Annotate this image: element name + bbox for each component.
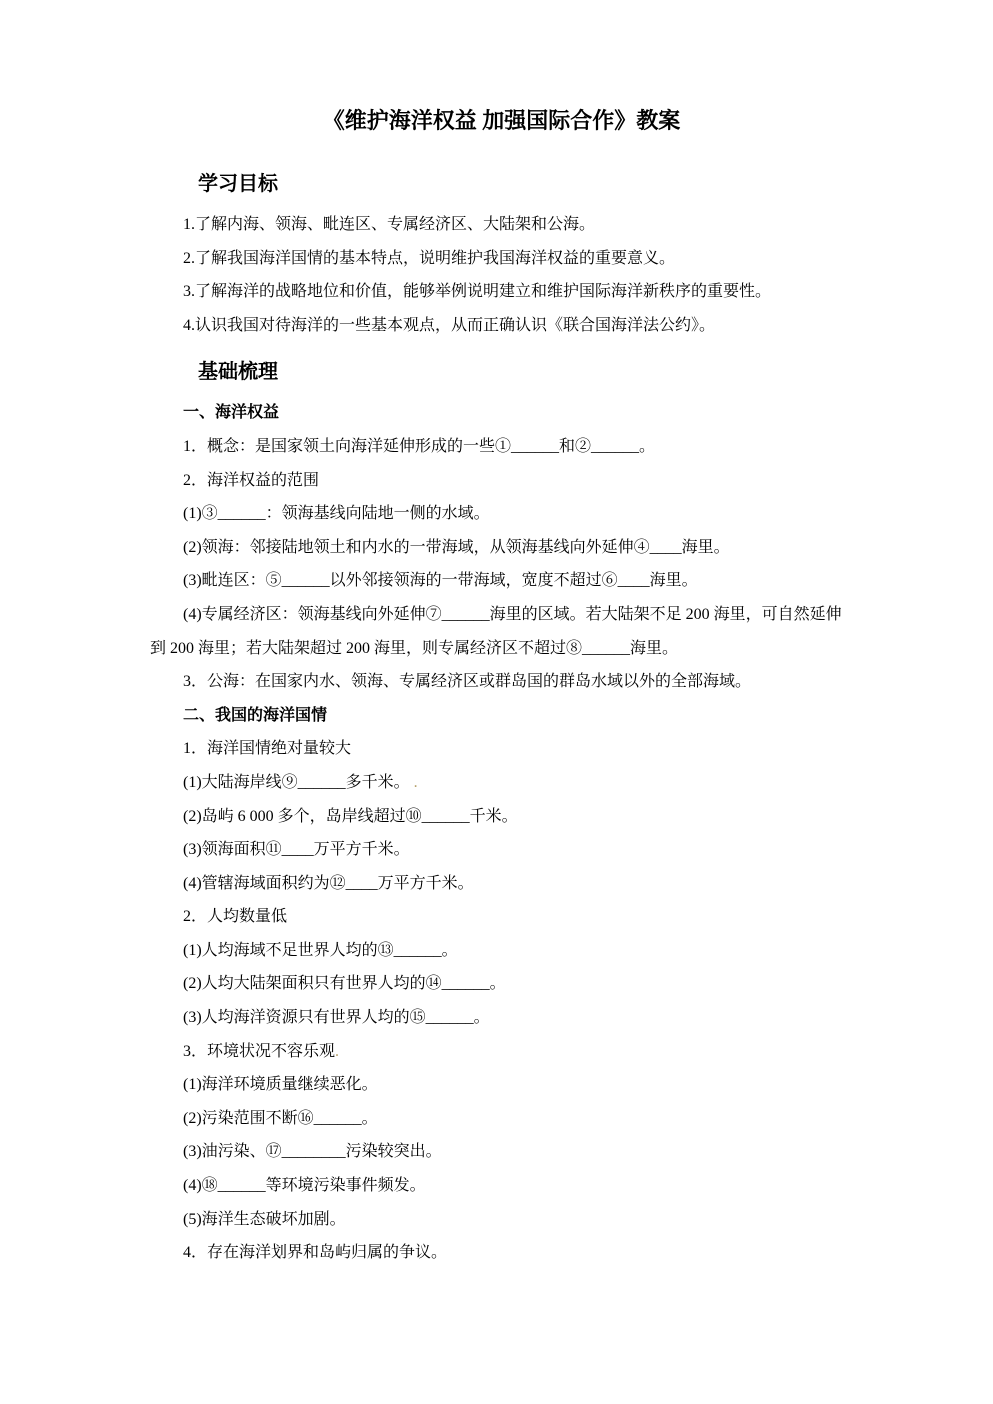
part2-line-6: 2．人均数量低 <box>150 900 853 934</box>
part2-heading: 二、我国的海洋国情 <box>150 699 853 733</box>
part1-line-contiguous-zone: (3)毗连区：⑤______以外邻接领海的一带海域，宽度不超过⑥____海里。 <box>150 564 853 598</box>
part1-line-concept: 1．概念：是国家领土向海洋延伸形成的一些①______和②______。 <box>150 430 853 464</box>
part1-line-high-seas: 3．公海：在国家内水、领海、专属经济区或群岛国的群岛水域以外的全部海域。 <box>150 665 853 699</box>
part2-line-15: (5)海洋生态破坏加剧。 <box>150 1203 853 1237</box>
part2-line-3: (2)岛屿 6 000 多个，岛岸线超过⑩______千米。 <box>150 800 853 834</box>
page-title: 《维护海洋权益 加强国际合作》教案 <box>150 104 853 138</box>
learning-goal-item-4: 4.认识我国对待海洋的一些基本观点，从而正确认识《联合国海洋法公约》。 <box>150 309 853 343</box>
part2-line-11: (1)海洋环境质量继续恶化。 <box>150 1068 853 1102</box>
part2-line-14: (4)⑱______等环境污染事件频发。 <box>150 1169 853 1203</box>
part2-line-13: (3)油污染、⑰________污染较突出。 <box>150 1135 853 1169</box>
part2-line-2: (1)大陆海岸线⑨______多千米。 . <box>150 766 853 800</box>
part2-line-2-text: (1)大陆海岸线⑨______多千米。 <box>183 774 410 791</box>
part1-line-internal-waters: (1)③______：领海基线向陆地一侧的水域。 <box>150 497 853 531</box>
learning-goal-item-3: 3.了解海洋的战略地位和价值，能够举例说明建立和维护国际海洋新秩序的重要性。 <box>150 275 853 309</box>
learning-goal-item-1: 1.了解内海、领海、毗连区、专属经济区、大陆架和公海。 <box>150 208 853 242</box>
part2-line-4: (3)领海面积⑪____万平方千米。 <box>150 833 853 867</box>
part2-line-16: 4．存在海洋划界和岛屿归属的争议。 <box>150 1236 853 1270</box>
part1-line-eez: (4)专属经济区：领海基线向外延伸⑦______海里的区域。若大陆架不足 200… <box>150 598 853 665</box>
part2-line-1: 1．海洋国情绝对量较大 <box>150 732 853 766</box>
part2-line-12: (2)污染范围不断⑯______。 <box>150 1102 853 1136</box>
section-heading-basics: 基础梳理 <box>150 356 853 388</box>
accent-dot-1: . <box>410 774 418 791</box>
learning-goal-item-2: 2.了解我国海洋国情的基本特点，说明维护我国海洋权益的重要意义。 <box>150 242 853 276</box>
document-page: 《维护海洋权益 加强国际合作》教案 学习目标 1.了解内海、领海、毗连区、专属经… <box>0 0 993 1404</box>
part1-heading: 一、海洋权益 <box>150 396 853 430</box>
section-heading-learning-goals: 学习目标 <box>150 168 853 200</box>
part2-line-10-text: 3．环境状况不容乐观 <box>183 1043 335 1060</box>
accent-dot-2: . <box>335 1043 339 1060</box>
part2-line-7: (1)人均海域不足世界人均的⑬______。 <box>150 934 853 968</box>
part2-line-10: 3．环境状况不容乐观. <box>150 1035 853 1069</box>
part2-line-5: (4)管辖海域面积约为⑫____万平方千米。 <box>150 867 853 901</box>
part2-line-9: (3)人均海洋资源只有世界人均的⑮______。 <box>150 1001 853 1035</box>
part1-line-scope: 2．海洋权益的范围 <box>150 464 853 498</box>
part1-line-territorial-sea: (2)领海：邻接陆地领土和内水的一带海域，从领海基线向外延伸④____海里。 <box>150 531 853 565</box>
part2-line-8: (2)人均大陆架面积只有世界人均的⑭______。 <box>150 967 853 1001</box>
